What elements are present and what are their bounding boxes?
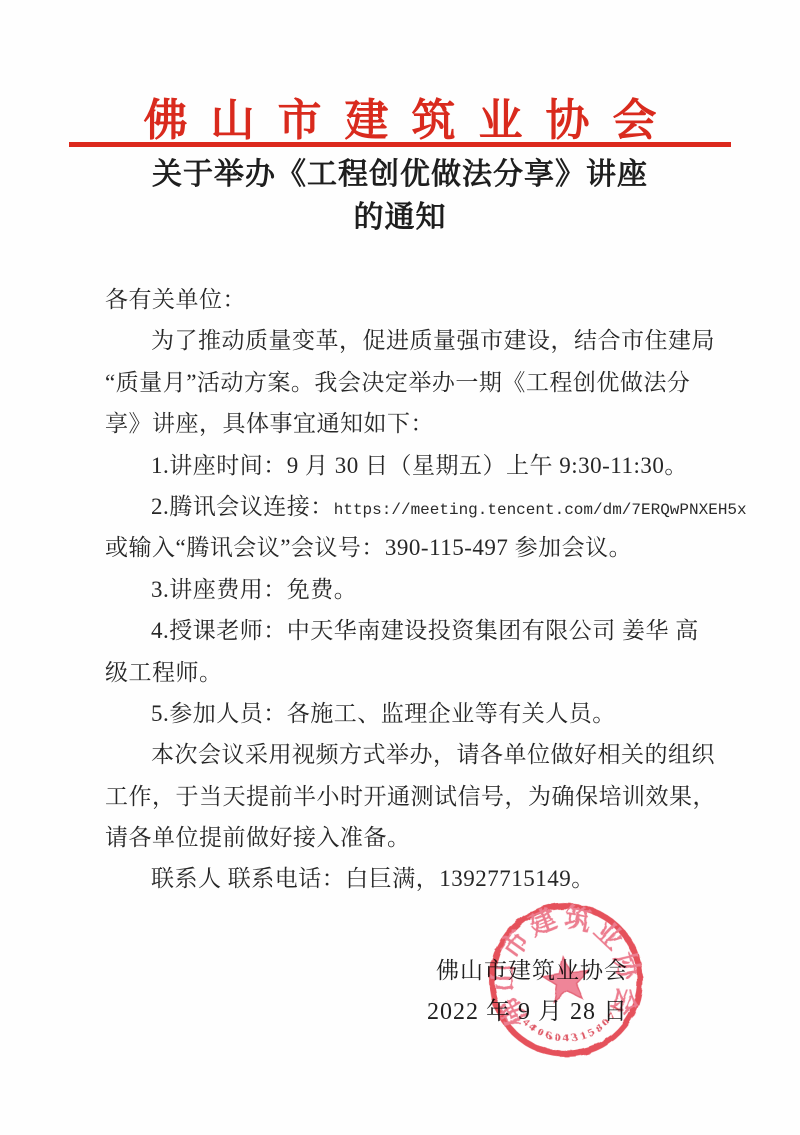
body-line: 请各单位提前做好接入准备。 <box>105 817 725 858</box>
body-text: 各有关单位： 为了推动质量变革，促进质量强市建设，结合市住建局 “质量月”活动方… <box>105 279 725 900</box>
meeting-id-line: 或输入“腾讯会议”会议号：390-115-497 参加会议。 <box>105 527 725 568</box>
participants-line: 5.参加人员：各施工、监理企业等有关人员。 <box>105 693 725 734</box>
meeting-url: https://meeting.tencent.com/dm/7ERQwPNXE… <box>334 501 747 519</box>
contact-line: 联系人 联系电话：白巨满，13927715149。 <box>105 858 725 899</box>
lecture-time-line: 1.讲座时间：9 月 30 日（星期五）上午 9:30-11:30。 <box>105 445 725 486</box>
body-line: 为了推动质量变革，促进质量强市建设，结合市住建局 <box>105 320 725 361</box>
letterhead-org-name: 佛山市建筑业协会 <box>0 84 800 148</box>
notice-document-page: 佛山市建筑业协会 关于举办《工程创优做法分享》讲座 的通知 各有关单位： 为了推… <box>0 0 800 1135</box>
letterhead-divider-rule <box>69 142 731 147</box>
document-title-line1: 关于举办《工程创优做法分享》讲座 <box>0 153 800 196</box>
salutation-line: 各有关单位： <box>105 279 725 320</box>
meeting-link-line: 2.腾讯会议连接：https://meeting.tencent.com/dm/… <box>105 486 725 527</box>
signature-date: 2022 年 9 月 28 日 <box>427 991 628 1026</box>
signature-org: 佛山市建筑业协会 <box>436 952 628 985</box>
body-line: 工作，于当天提前半小时开通测试信号，为确保培训效果， <box>105 776 725 817</box>
lecturer-line: 4.授课老师：中天华南建设投资集团有限公司 姜华 高 <box>105 610 725 651</box>
body-line: 本次会议采用视频方式举办，请各单位做好相关的组织 <box>105 734 725 775</box>
body-line: “质量月”活动方案。我会决定举办一期《工程创优做法分 <box>105 362 725 403</box>
lecturer-line-2: 级工程师。 <box>105 652 725 693</box>
document-title-line2: 的通知 <box>0 196 800 239</box>
meeting-link-label: 2.腾讯会议连接： <box>151 494 334 519</box>
fee-line: 3.讲座费用：免费。 <box>105 569 725 610</box>
document-title: 关于举办《工程创优做法分享》讲座 的通知 <box>0 153 800 239</box>
body-line: 享》讲座，具体事宜通知如下： <box>105 403 725 444</box>
